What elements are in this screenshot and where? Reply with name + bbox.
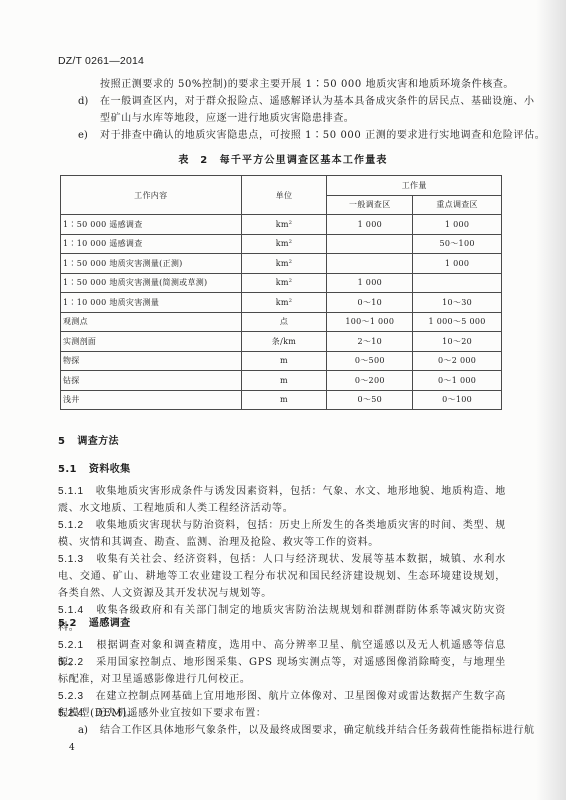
header-work-content: 工作内容 bbox=[61, 176, 242, 215]
cell-general: 0～10 bbox=[327, 293, 413, 313]
cell-general bbox=[327, 234, 413, 254]
list-item-label-d: d) bbox=[78, 93, 88, 110]
page-number: 4 bbox=[69, 743, 75, 753]
cell-general: 0～50 bbox=[327, 390, 413, 410]
standard-code-header: DZ/T 0261—2014 bbox=[58, 55, 144, 67]
clause-5-2-2: 5.2.2 采用国家控制点、地形图采集、GPS 现场实测点等，对遥感图像消除畸变… bbox=[58, 654, 506, 688]
cell-key: 0～1 000 bbox=[413, 371, 502, 391]
cell-unit: m bbox=[241, 371, 327, 391]
cell-unit: m bbox=[241, 390, 327, 410]
cell-unit: 点 bbox=[241, 312, 327, 332]
cell-unit: km2 bbox=[241, 234, 327, 254]
table-row: 1∶50 000 地质灾害测量(简测或草测) km2 1 000 bbox=[61, 273, 502, 293]
header-key-area: 重点调查区 bbox=[413, 195, 502, 215]
list-continuation-text: 按照正测要求的 50%控制)的要求主要开展 1∶50 000 地质灾害和地质环境… bbox=[100, 76, 514, 93]
cell-unit: 条/km bbox=[241, 332, 327, 352]
clause-number: 5.1.1 bbox=[58, 483, 84, 500]
cell-unit: km2 bbox=[241, 293, 327, 313]
clause-number: 5.2.1 bbox=[58, 637, 84, 654]
list-item-e-line1: 对于排查中确认的地质灾害隐患点，可按照 1∶50 000 正测的要求进行实地调查… bbox=[100, 127, 545, 144]
cell-unit: m bbox=[241, 351, 327, 371]
section-5-2-title: 遥感调查 bbox=[89, 618, 131, 629]
cell-key bbox=[413, 273, 502, 293]
header-unit: 单位 bbox=[241, 176, 327, 215]
cell-key: 1 000 bbox=[413, 215, 502, 235]
list-item-d-line2: 型矿山与水库等地段，应逐一进行地质灾害隐患排查。 bbox=[100, 110, 354, 127]
cell-general bbox=[327, 254, 413, 274]
section-5-number: 5 bbox=[58, 436, 65, 447]
header-workload: 工作量 bbox=[327, 176, 502, 196]
clause-number: 5.2.3 bbox=[58, 688, 84, 705]
header-general-area: 一般调查区 bbox=[327, 195, 413, 215]
cell-key: 0～2 000 bbox=[413, 351, 502, 371]
cell-content: 观测点 bbox=[61, 312, 242, 332]
clause-number: 5.1.2 bbox=[58, 517, 84, 534]
cell-content: 1∶50 000 地质灾害测量(简测或草测) bbox=[61, 273, 242, 293]
clause-text: 采用国家控制点、地形图采集、GPS 现场实测点等，对遥感图像消除畸变，与地理坐标… bbox=[58, 657, 506, 685]
section-5-2-number: 5.2 bbox=[58, 618, 77, 629]
cell-content: 物探 bbox=[61, 351, 242, 371]
list-item-a-text: 结合工作区具体地形气象条件，以及最终成图要求，确定航线并结合任务载荷性能指标进行… bbox=[100, 722, 535, 739]
table-caption: 表 2 每千平方公里调查区基本工作量表 bbox=[0, 151, 566, 166]
section-5-1-heading: 5.1资料收集 bbox=[58, 460, 131, 475]
cell-key: 1 000 bbox=[413, 254, 502, 274]
cell-key: 10～20 bbox=[413, 332, 502, 352]
section-5-1-number: 5.1 bbox=[58, 464, 77, 475]
section-5-title: 调查方法 bbox=[77, 436, 119, 447]
table-row: 1∶50 000 遥感调查 km2 1 000 1 000 bbox=[61, 215, 502, 235]
table-row: 1∶50 000 地质灾害测量(正测) km2 1 000 bbox=[61, 254, 502, 274]
cell-key: 50～100 bbox=[413, 234, 502, 254]
table-row: 1∶10 000 遥感调查 km2 50～100 bbox=[61, 234, 502, 254]
cell-unit: km2 bbox=[241, 215, 327, 235]
table-row: 钻探 m 0～200 0～1 000 bbox=[61, 371, 502, 391]
clause-5-1-3: 5.1.3 收集有关社会、经济资料，包括：人口与经济现状、发展等基本数据，城镇、… bbox=[58, 551, 506, 602]
list-item-d-line1: 在一般调查区内，对于群众报险点、遥感解译认为基本具备成灾条件的居民点、基础设施、… bbox=[100, 93, 535, 110]
clause-5-1-1: 5.1.1 收集地质灾害形成条件与诱发因素资料，包括：气象、水文、地形地貌、地质… bbox=[58, 483, 506, 517]
cell-general: 100～1 000 bbox=[327, 312, 413, 332]
cell-general: 1 000 bbox=[327, 215, 413, 235]
cell-general: 0～200 bbox=[327, 371, 413, 391]
cell-general: 1 000 bbox=[327, 273, 413, 293]
table-row: 观测点 点 100～1 000 1 000～5 000 bbox=[61, 312, 502, 332]
scan-edge-shadow bbox=[536, 0, 566, 800]
cell-content: 1∶50 000 遥感调查 bbox=[61, 215, 242, 235]
table-row: 浅井 m 0～50 0～100 bbox=[61, 390, 502, 410]
section-5-1-title: 资料收集 bbox=[89, 464, 131, 475]
clause-text: 收集地质灾害形成条件与诱发因素资料，包括：气象、水文、地形地貌、地质构造、地震、… bbox=[58, 486, 506, 514]
workload-table: 工作内容 单位 工作量 一般调查区 重点调查区 1∶50 000 遥感调查 km… bbox=[60, 175, 502, 410]
clause-5-1-2: 5.1.2 收集地质灾害现状与防治资料，包括：历史上所发生的各类地质灾害的时间、… bbox=[58, 517, 506, 551]
cell-unit: km2 bbox=[241, 273, 327, 293]
list-item-label-e: e) bbox=[78, 127, 88, 144]
cell-key: 10～30 bbox=[413, 293, 502, 313]
cell-key: 1 000～5 000 bbox=[413, 312, 502, 332]
cell-content: 1∶10 000 地质灾害测量 bbox=[61, 293, 242, 313]
clause-number: 5.1.3 bbox=[58, 551, 84, 568]
cell-key: 0～100 bbox=[413, 390, 502, 410]
cell-unit: km2 bbox=[241, 254, 327, 274]
clause-5-2-4: 5.2.4 无人机遥感外业宜按如下要求布置： bbox=[58, 705, 506, 722]
cell-general: 2～10 bbox=[327, 332, 413, 352]
table-row: 物探 m 0～500 0～2 000 bbox=[61, 351, 502, 371]
clause-text: 收集有关社会、经济资料，包括：人口与经济现状、发展等基本数据，城镇、水利水电、交… bbox=[58, 554, 506, 599]
table-row: 1∶10 000 地质灾害测量 km2 0～10 10～30 bbox=[61, 293, 502, 313]
table-row: 实测剖面 条/km 2～10 10～20 bbox=[61, 332, 502, 352]
clause-text: 无人机遥感外业宜按如下要求布置： bbox=[95, 708, 266, 719]
cell-content: 1∶50 000 地质灾害测量(正测) bbox=[61, 254, 242, 274]
clause-text: 收集地质灾害现状与防治资料，包括：历史上所发生的各类地质灾害的时间、类型、规模、… bbox=[58, 520, 506, 548]
section-5-2-heading: 5.2遥感调查 bbox=[58, 614, 131, 629]
clause-number: 5.2.2 bbox=[58, 654, 84, 671]
cell-content: 实测剖面 bbox=[61, 332, 242, 352]
cell-content: 浅井 bbox=[61, 390, 242, 410]
list-item-label-a: a) bbox=[78, 722, 88, 739]
cell-general: 0～500 bbox=[327, 351, 413, 371]
cell-content: 1∶10 000 遥感调查 bbox=[61, 234, 242, 254]
cell-content: 钻探 bbox=[61, 371, 242, 391]
clause-number: 5.2.4 bbox=[58, 705, 84, 722]
section-5-heading: 5调查方法 bbox=[58, 432, 119, 447]
